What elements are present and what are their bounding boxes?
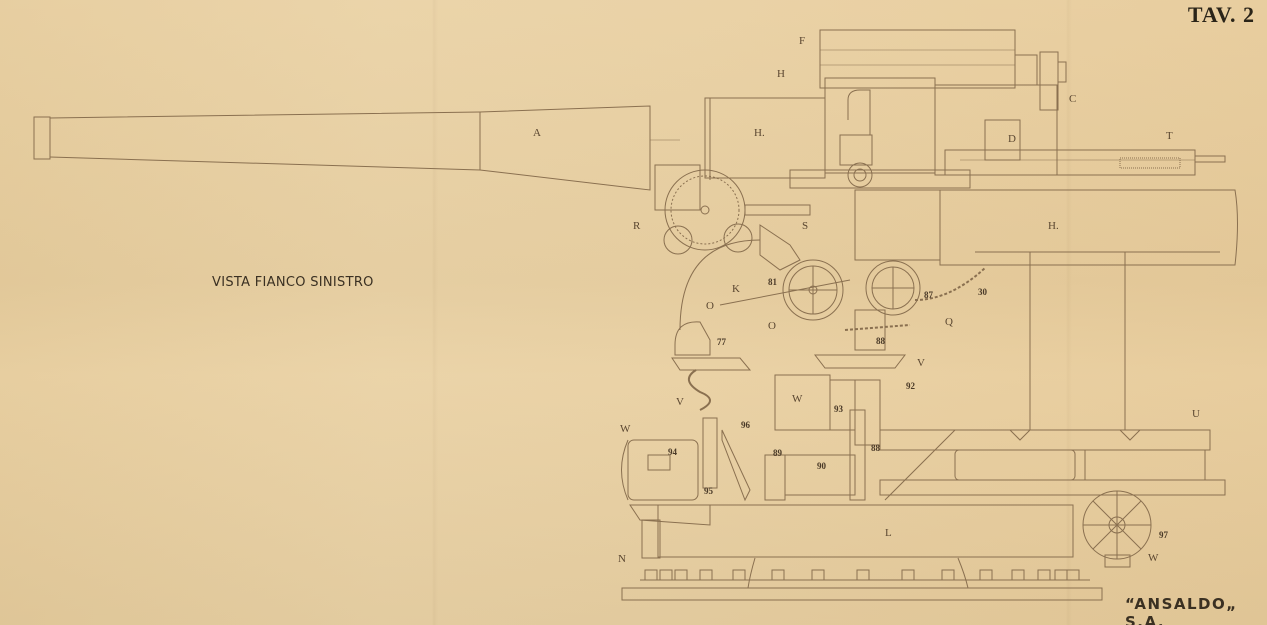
- pedestal: [680, 190, 1238, 430]
- callout-93: 93: [834, 404, 843, 414]
- callout-81: 81: [768, 277, 777, 287]
- base: [622, 505, 1102, 600]
- callout-88-upper: 88: [876, 336, 885, 346]
- part-label-d: D: [1008, 133, 1016, 145]
- seats: [672, 322, 905, 410]
- part-label-v-left: V: [676, 396, 684, 408]
- part-label-k: K: [732, 283, 740, 295]
- callout-30: 30: [978, 287, 987, 297]
- part-label-q: Q: [945, 316, 953, 328]
- part-label-f: F: [799, 35, 805, 47]
- part-label-h-cradle: H.: [754, 127, 765, 139]
- callout-94: 94: [668, 447, 677, 457]
- part-label-w-gearbox: W: [792, 393, 802, 405]
- callout-89: 89: [773, 448, 782, 458]
- part-label-u: U: [1192, 408, 1200, 420]
- part-label-o-left: O: [706, 300, 714, 312]
- callout-87: 87: [924, 290, 933, 300]
- part-label-w-wheel: W: [1148, 552, 1158, 564]
- part-label-o-center: O: [768, 320, 776, 332]
- part-label-v-right: V: [917, 357, 925, 369]
- lower-machinery: [622, 375, 881, 500]
- elevation-gear: [655, 165, 810, 270]
- callout-77: 77: [717, 337, 726, 347]
- barrel: [34, 106, 680, 190]
- side-frame: [880, 430, 1225, 500]
- cradle: [705, 30, 1066, 187]
- part-label-h-pedestal: H.: [1048, 220, 1059, 232]
- part-label-c: C: [1069, 93, 1076, 105]
- callout-96: 96: [741, 420, 750, 430]
- part-label-n: N: [618, 553, 626, 565]
- callout-92: 92: [906, 381, 915, 391]
- part-label-a: A: [533, 127, 541, 139]
- part-label-s: S: [802, 220, 808, 232]
- part-label-t: T: [1166, 130, 1173, 142]
- sheet-title: TAV. 2: [1188, 2, 1255, 28]
- callout-88-lower: 88: [871, 443, 880, 453]
- part-label-r: R: [633, 220, 640, 232]
- callout-90: 90: [817, 461, 826, 471]
- part-label-h: H: [777, 68, 785, 80]
- callout-97: 97: [1159, 530, 1168, 540]
- traverse-wheel: [1083, 491, 1151, 567]
- part-label-w-motor: W: [620, 423, 630, 435]
- manufacturer-mark: “ANSALDO„ S.A.: [1125, 595, 1267, 625]
- gun-mount-side-view-drawing: [0, 0, 1267, 625]
- view-label: VISTA FIANCO SINISTRO: [212, 275, 374, 290]
- part-label-l: L: [885, 527, 892, 539]
- callout-95: 95: [704, 486, 713, 496]
- drawing-sheet: TAV. 2 VISTA FIANCO SINISTRO “ANSALDO„ S…: [0, 0, 1267, 625]
